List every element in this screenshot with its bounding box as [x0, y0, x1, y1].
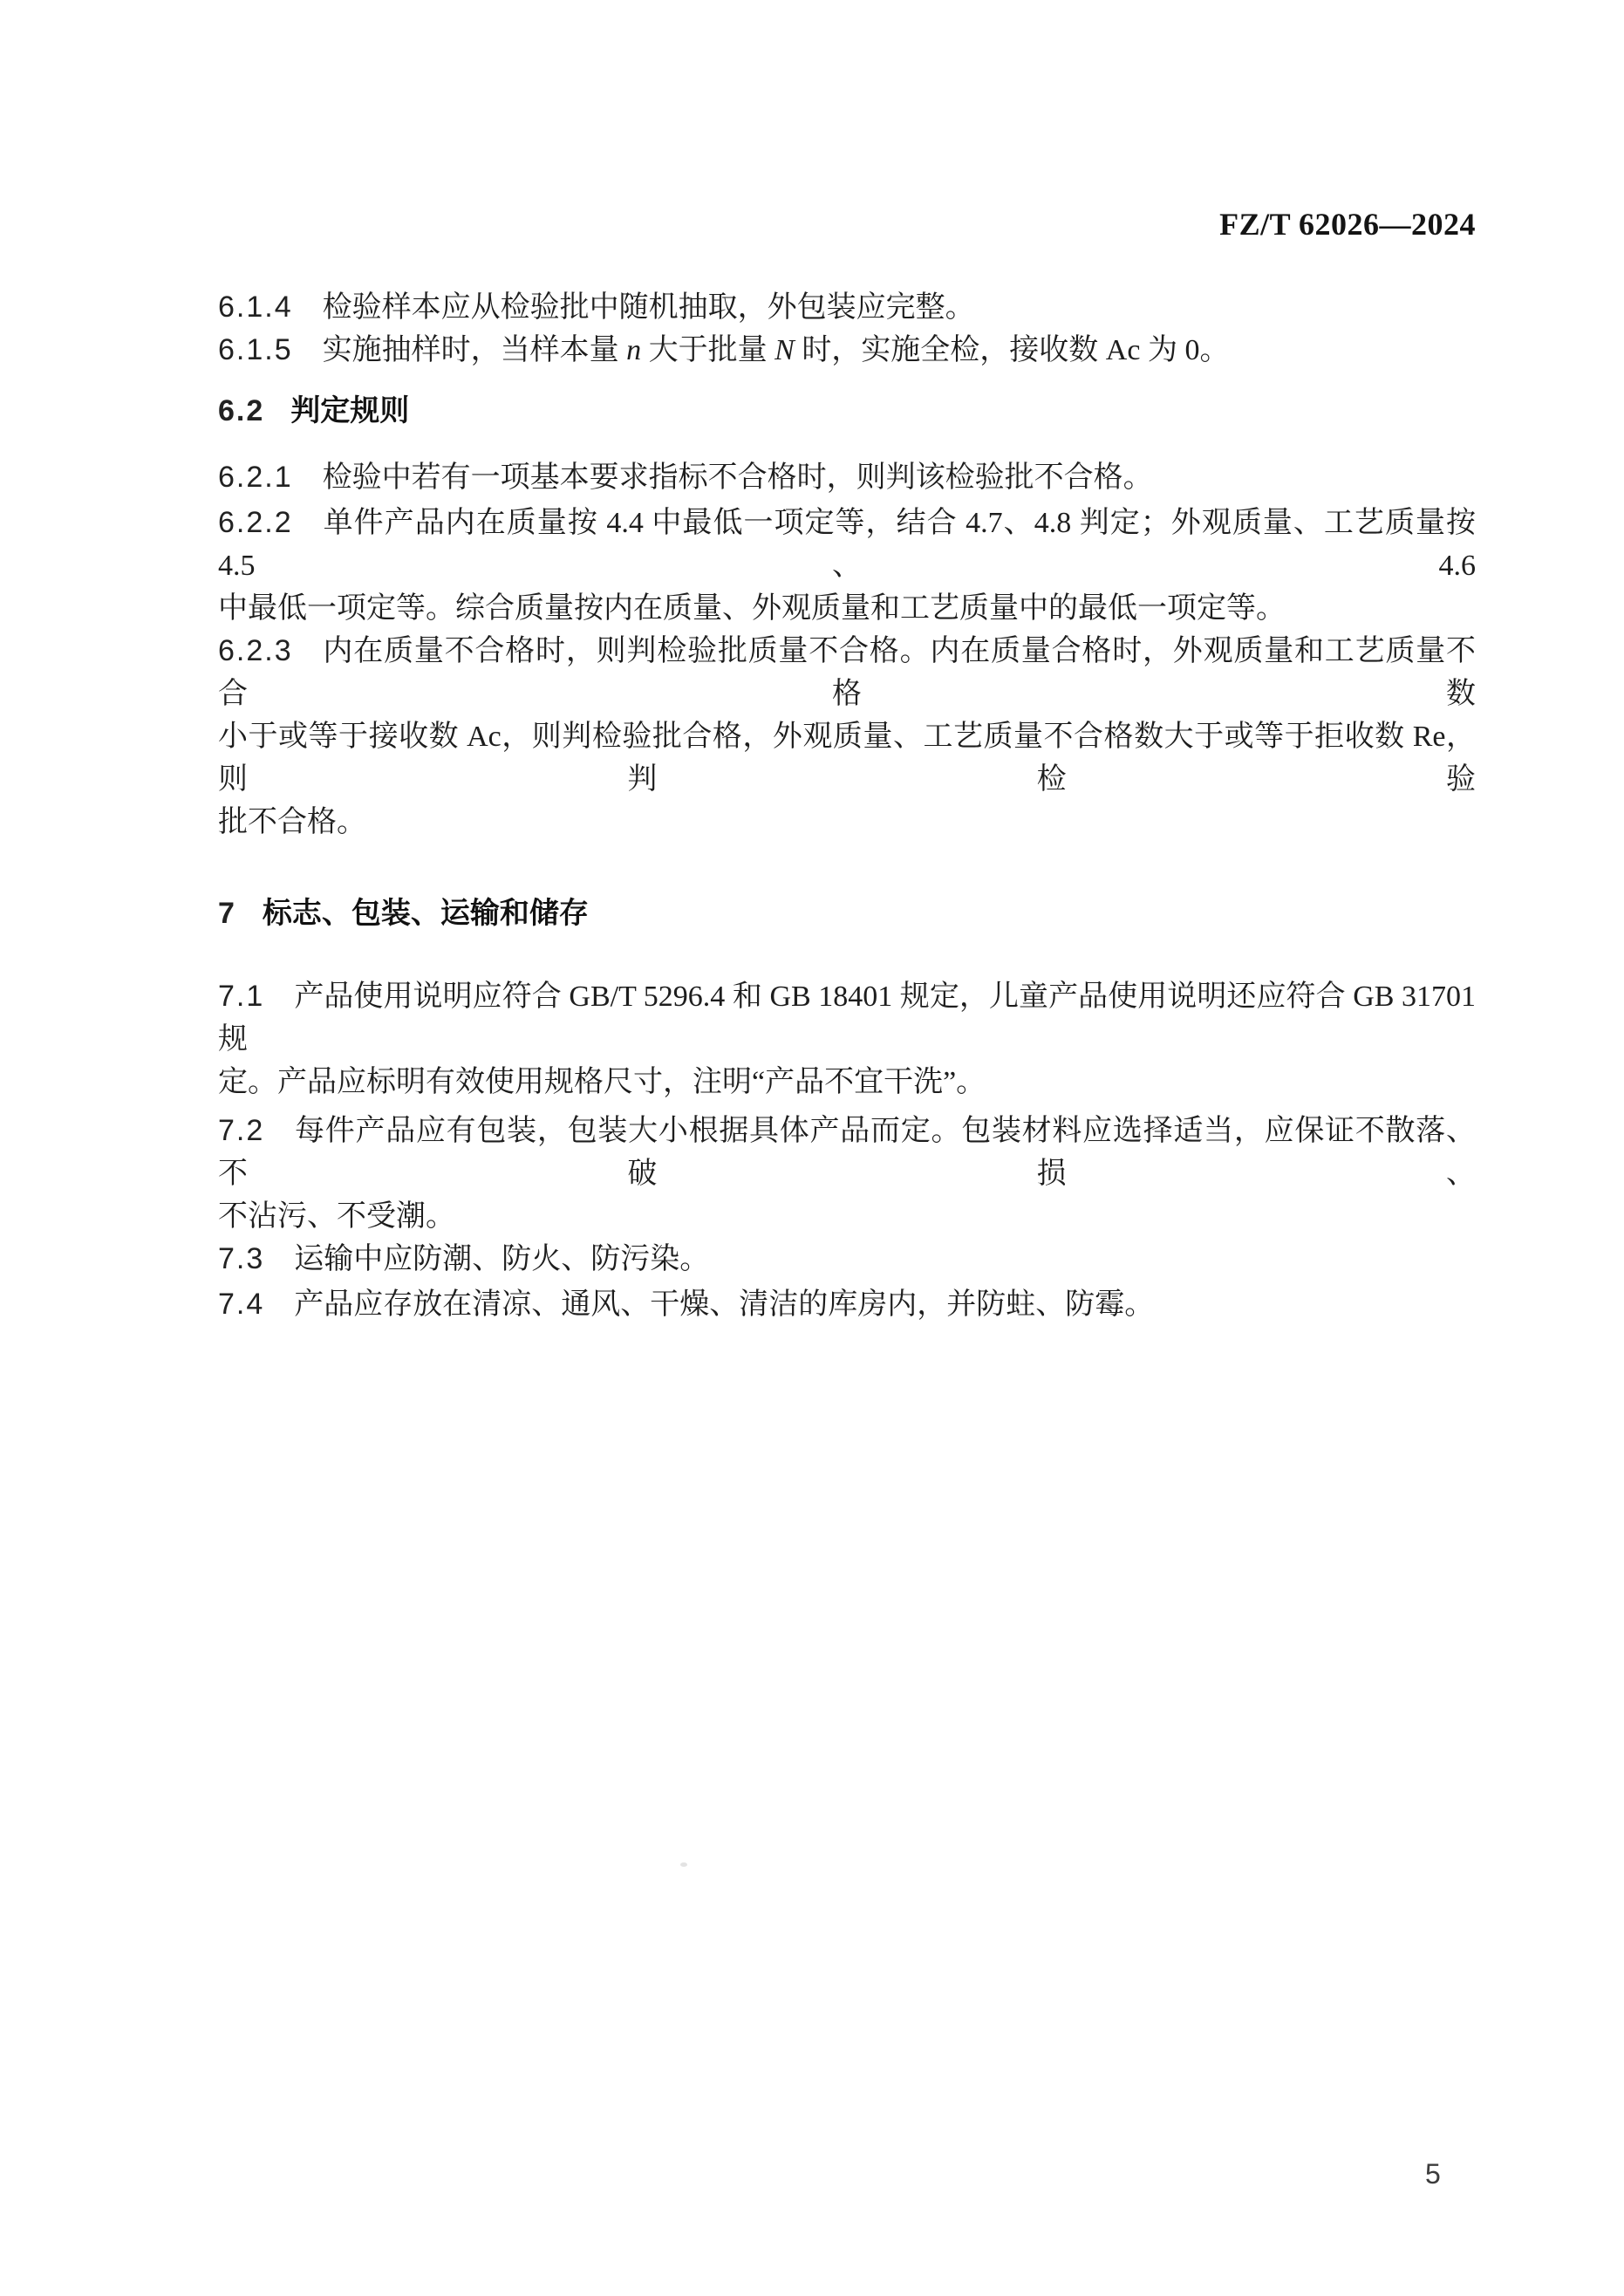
text-run: 定。产品应标明有效使用规格尺寸，注明“产品不宜干洗”。 [218, 1066, 986, 1098]
text-run: 检验中若有一项基本要求指标不合格时，则判该检验批不合格。 [323, 461, 1153, 494]
text-run: 大于批量 [641, 334, 774, 366]
scan-artifact-dot [680, 1862, 687, 1867]
text-line: 不沾污、不受潮。 [218, 1195, 1476, 1238]
clause-paragraph: 6.2.1检验中若有一项基本要求指标不合格时，则判该检验批不合格。 [218, 456, 1476, 499]
clause-number: 7.3 [218, 1242, 264, 1275]
clause-number: 6.2.1 [218, 461, 293, 494]
text-run: 时，实施全检，接收数 Ac 为 0。 [795, 334, 1230, 366]
text-run: 单件产品内在质量按 4.4 中最低一项定等，结合 4.7、4.8 判定；外观质量… [218, 507, 1476, 582]
text-run: 实施抽样时，当样本量 [323, 334, 627, 366]
text-line: 7标志、包装、运输和储存 [218, 892, 1476, 935]
clause-paragraph: 7.4产品应存放在清凉、通风、干燥、清洁的库房内，并防蛀、防霉。 [218, 1283, 1476, 1326]
clause-number: 7.2 [218, 1114, 264, 1147]
section-heading: 6.2判定规则 [218, 390, 1476, 433]
text-run: 检验样本应从检验批中随机抽取，外包装应完整。 [323, 291, 975, 324]
text-run: 不沾污、不受潮。 [218, 1200, 455, 1233]
clause-paragraph: 6.2.3内在质量不合格时，则判检验批质量不合格。内在质量合格时，外观质量和工艺… [218, 630, 1476, 844]
text-line: 6.2.1检验中若有一项基本要求指标不合格时，则判该检验批不合格。 [218, 456, 1476, 499]
text-run: 判定规则 [290, 394, 409, 427]
text-line: 7.4产品应存放在清凉、通风、干燥、清洁的库房内，并防蛀、防霉。 [218, 1283, 1476, 1326]
clause-number: 6.2.2 [218, 506, 293, 539]
text-line: 7.1产品使用说明应符合 GB/T 5296.4 和 GB 18401 规定，儿… [218, 975, 1476, 1061]
text-line: 7.3运输中应防潮、防火、防污染。 [218, 1238, 1476, 1281]
clause-paragraph: 6.2.2单件产品内在质量按 4.4 中最低一项定等，结合 4.7、4.8 判定… [218, 502, 1476, 630]
variable-symbol: n [626, 334, 641, 366]
text-run: 内在质量不合格时，则判检验批质量不合格。内在质量合格时，外观质量和工艺质量不合格… [218, 635, 1476, 710]
clause-paragraph: 7.1产品使用说明应符合 GB/T 5296.4 和 GB 18401 规定，儿… [218, 975, 1476, 1104]
section-heading: 7标志、包装、运输和储存 [218, 892, 1476, 935]
clause-paragraph: 6.1.4检验样本应从检验批中随机抽取，外包装应完整。 [218, 286, 1476, 329]
standard-document-page: FZ/T 62026—2024 6.1.4检验样本应从检验批中随机抽取，外包装应… [0, 0, 1624, 2296]
variable-symbol: N [774, 334, 795, 366]
text-line: 6.2.3内在质量不合格时，则判检验批质量不合格。内在质量合格时，外观质量和工艺… [218, 630, 1476, 715]
clause-paragraph: 7.2每件产品应有包装，包装大小根据具体产品而定。包装材料应选择适当，应保证不散… [218, 1110, 1476, 1238]
text-run: 小于或等于接收数 Ac，则判检验批合格，外观质量、工艺质量不合格数大于或等于拒收… [218, 721, 1476, 796]
text-run: 批不合格。 [218, 806, 366, 838]
clause-number: 7.4 [218, 1288, 264, 1321]
text-run: 运输中应防潮、防火、防污染。 [294, 1243, 709, 1275]
text-line: 6.2判定规则 [218, 390, 1476, 433]
clause-number: 6.2 [218, 394, 264, 427]
clause-paragraph: 6.1.5实施抽样时，当样本量 n 大于批量 N 时，实施全检，接收数 Ac 为… [218, 329, 1476, 372]
text-line: 6.2.2单件产品内在质量按 4.4 中最低一项定等，结合 4.7、4.8 判定… [218, 502, 1476, 587]
clause-number: 6.1.4 [218, 290, 293, 324]
text-line: 定。产品应标明有效使用规格尺寸，注明“产品不宜干洗”。 [218, 1061, 1476, 1104]
document-body: 6.1.4检验样本应从检验批中随机抽取，外包装应完整。6.1.5实施抽样时，当样… [218, 286, 1476, 1326]
clause-number: 6.1.5 [218, 333, 293, 366]
page-number: 5 [1425, 2158, 1441, 2190]
text-run: 中最低一项定等。综合质量按内在质量、外观质量和工艺质量中的最低一项定等。 [218, 592, 1286, 625]
text-line: 6.1.5实施抽样时，当样本量 n 大于批量 N 时，实施全检，接收数 Ac 为… [218, 329, 1476, 372]
text-line: 7.2每件产品应有包装，包装大小根据具体产品而定。包装材料应选择适当，应保证不散… [218, 1110, 1476, 1195]
text-line: 中最低一项定等。综合质量按内在质量、外观质量和工艺质量中的最低一项定等。 [218, 587, 1476, 630]
text-line: 批不合格。 [218, 801, 1476, 844]
text-run: 产品应存放在清凉、通风、干燥、清洁的库房内，并防蛀、防霉。 [294, 1288, 1154, 1321]
standard-number-header: FZ/T 62026—2024 [1219, 206, 1476, 243]
clause-number: 7.1 [218, 980, 264, 1013]
text-run: 标志、包装、运输和储存 [263, 897, 589, 930]
clause-number: 6.2.3 [218, 634, 293, 667]
text-line: 小于或等于接收数 Ac，则判检验批合格，外观质量、工艺质量不合格数大于或等于拒收… [218, 715, 1476, 801]
clause-paragraph: 7.3运输中应防潮、防火、防污染。 [218, 1238, 1476, 1281]
text-run: 每件产品应有包装，包装大小根据具体产品而定。包装材料应选择适当，应保证不散落、不… [218, 1115, 1476, 1190]
text-line: 6.1.4检验样本应从检验批中随机抽取，外包装应完整。 [218, 286, 1476, 329]
text-run: 产品使用说明应符合 GB/T 5296.4 和 GB 18401 规定，儿童产品… [218, 981, 1476, 1056]
clause-number: 7 [218, 897, 236, 930]
